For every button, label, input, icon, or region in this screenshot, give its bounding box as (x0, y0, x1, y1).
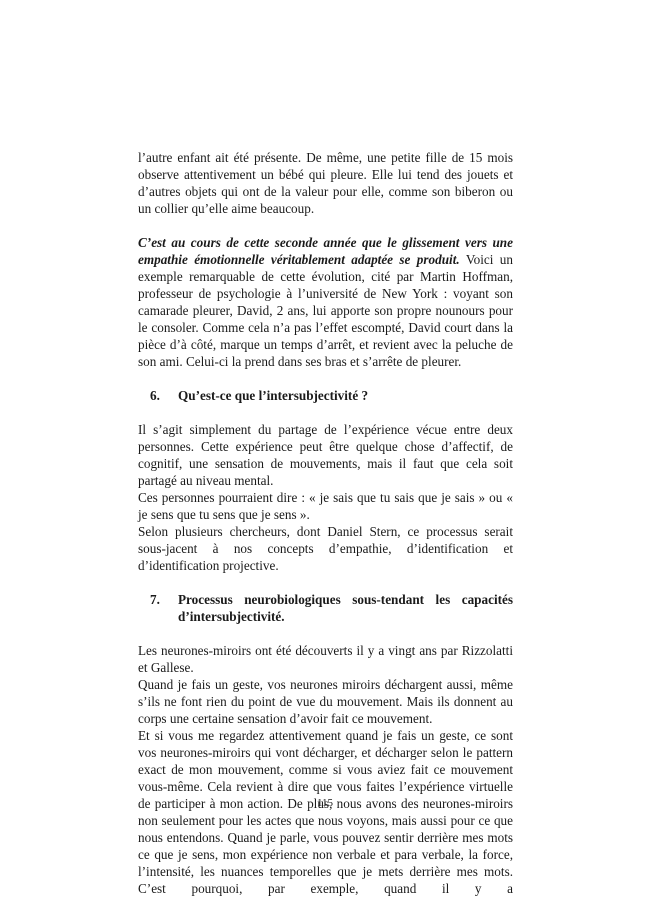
paragraph-intersubjectivity-definition: Il s’agit simplement du partage de l’exp… (138, 421, 513, 489)
paragraph-quote: Ces personnes pourraient dire : « je sai… (138, 489, 513, 523)
section-heading-7: 7. Processus neurobiologiques sous-tenda… (138, 591, 513, 625)
section-heading-6: 6. Qu’est-ce que l’intersubjectivité ? (138, 387, 513, 404)
paragraph-text: Voici un exemple remarquable de cette év… (138, 252, 513, 369)
paragraph-hoffman-example: C’est au cours de cette seconde année qu… (138, 234, 513, 370)
paragraph-mirror-neurons-discovery: Les neurones-miroirs ont été découverts … (138, 642, 513, 676)
emphasized-statement: C’est au cours de cette seconde année qu… (138, 235, 513, 267)
section-title: Processus neurobiologiques sous-tendant … (178, 591, 513, 625)
paragraph-gesture: Quand je fais un geste, vos neurones mir… (138, 676, 513, 727)
section-number: 7. (138, 591, 178, 625)
page-number: 115 (0, 797, 650, 809)
paragraph-toddler-example: l’autre enfant ait été présente. De même… (138, 149, 513, 217)
document-page-body: l’autre enfant ait été présente. De même… (138, 149, 513, 897)
section-title: Qu’est-ce que l’intersubjectivité ? (178, 387, 513, 404)
paragraph-virtual-experience: Et si vous me regardez attentivement qua… (138, 727, 513, 897)
section-number: 6. (138, 387, 178, 404)
paragraph-stern: Selon plusieurs chercheurs, dont Daniel … (138, 523, 513, 574)
